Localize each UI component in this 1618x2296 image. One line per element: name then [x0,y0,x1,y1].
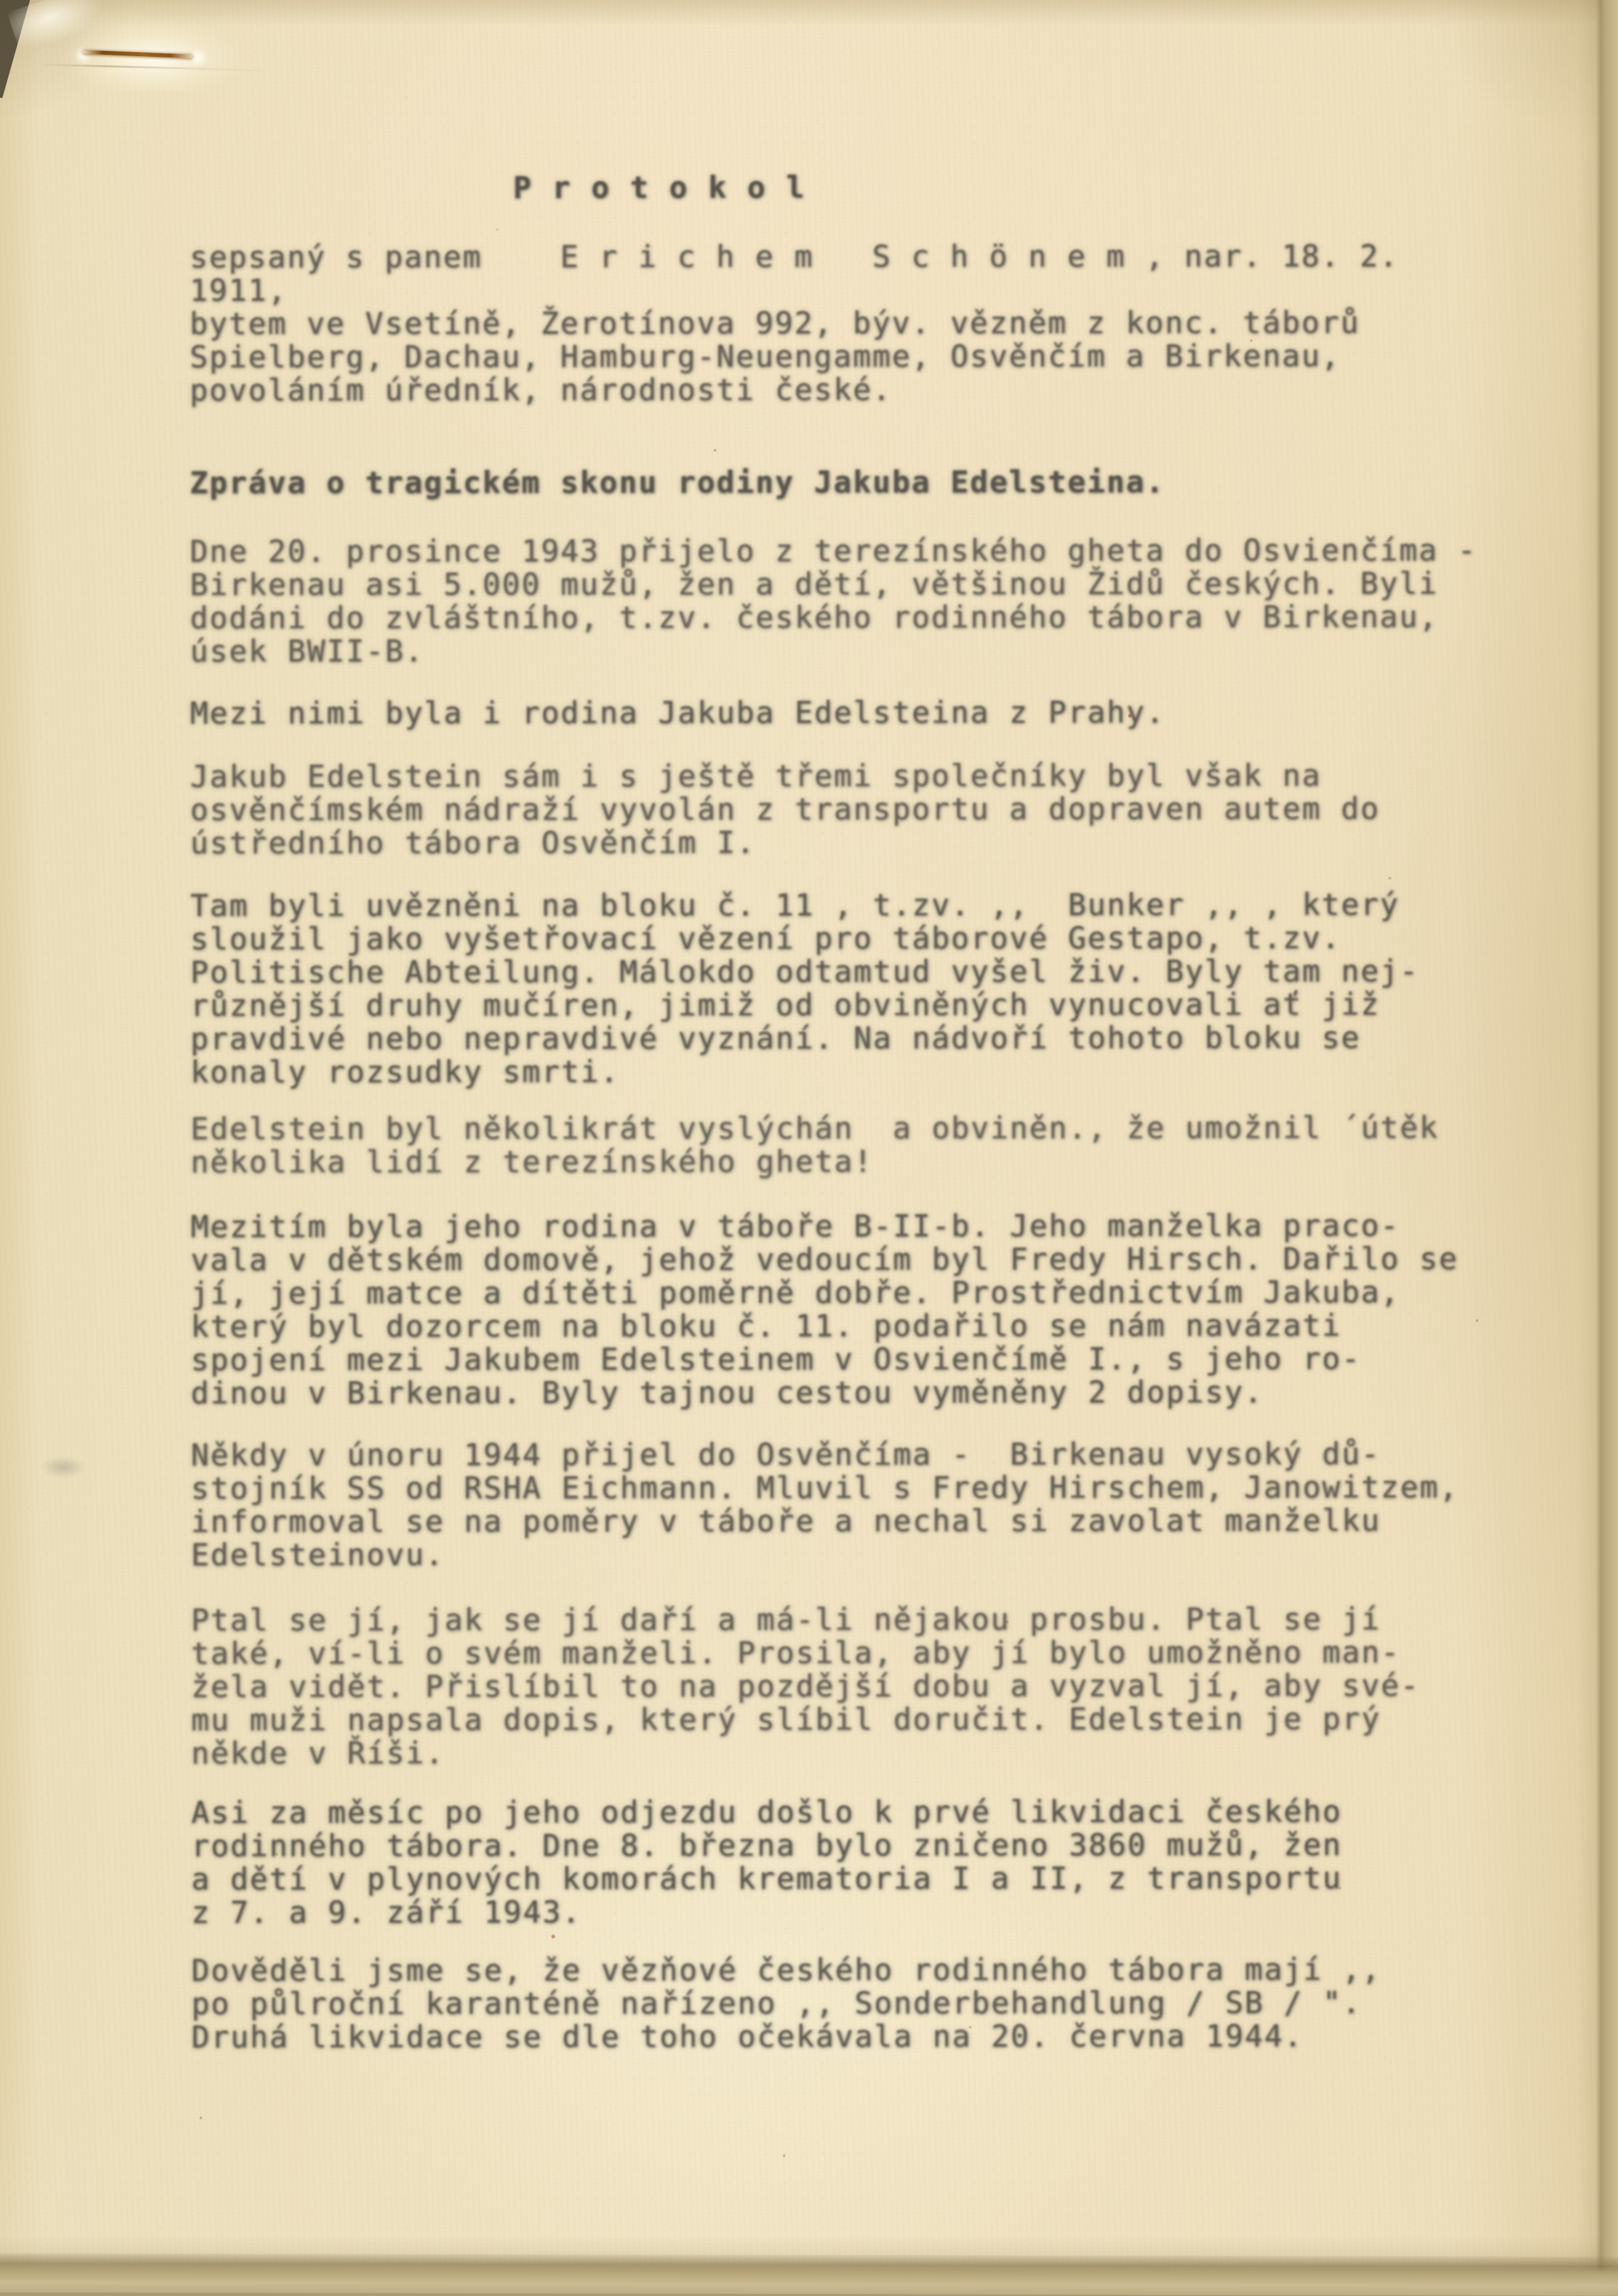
paragraph-transport-arrival: Dne 20. prosince 1943 přijelo z terezíns… [190,534,1495,668]
paragraph-edelstein-family: Mezi nimi byla i rodina Jakuba Edelstein… [190,696,1495,730]
section-heading: Zpráva o tragickém skonu rodiny Jakuba E… [190,465,1495,500]
paper-right-edge [1596,0,1618,2287]
typewritten-text-layer: P r o t o k o l sepsaný s panem E r i c … [0,0,1618,2287]
document-title: P r o t o k o l [513,170,1618,204]
paragraph-deponent-intro: sepsaný s panem E r i c h e m S c h ö n … [190,239,1495,407]
paper-specks [0,0,3,3]
tear-hole [190,47,207,68]
paragraph-edelstein-separated: Jakub Edelstein sám i s ještě třemi spol… [190,759,1495,860]
staple-rust-mark [62,20,245,98]
paragraph-first-liquidation: Asi za měsíc po jeho odjezdu došlo k prv… [191,1795,1496,1929]
paragraph-interrogation: Edelstein byl několikrát vyslýchán a obv… [191,1111,1495,1179]
paragraph-eichmann-visit: Někdy v únoru 1944 přijel do Osvěnčíma -… [191,1437,1495,1572]
paragraph-eichmann-questions: Ptal se jí, jak se jí daří a má-li nějak… [191,1602,1496,1770]
paragraph-block-11-bunker: Tam byli uvězněni na bloku č. 11 , t.zv.… [191,888,1495,1089]
paper-bottom-edge [0,2253,1618,2287]
scanned-document-page: P r o t o k o l sepsaný s panem E r i c … [0,0,1618,2287]
tear-hole [74,46,93,65]
paragraph-family-in-camp: Mezitím byla jeho rodina v táboře B-II-b… [191,1209,1495,1410]
paragraph-second-liquidation: Dověděli jsme se, že vězňové českého rod… [191,1953,1496,2054]
margin-smudge [40,1456,86,1478]
